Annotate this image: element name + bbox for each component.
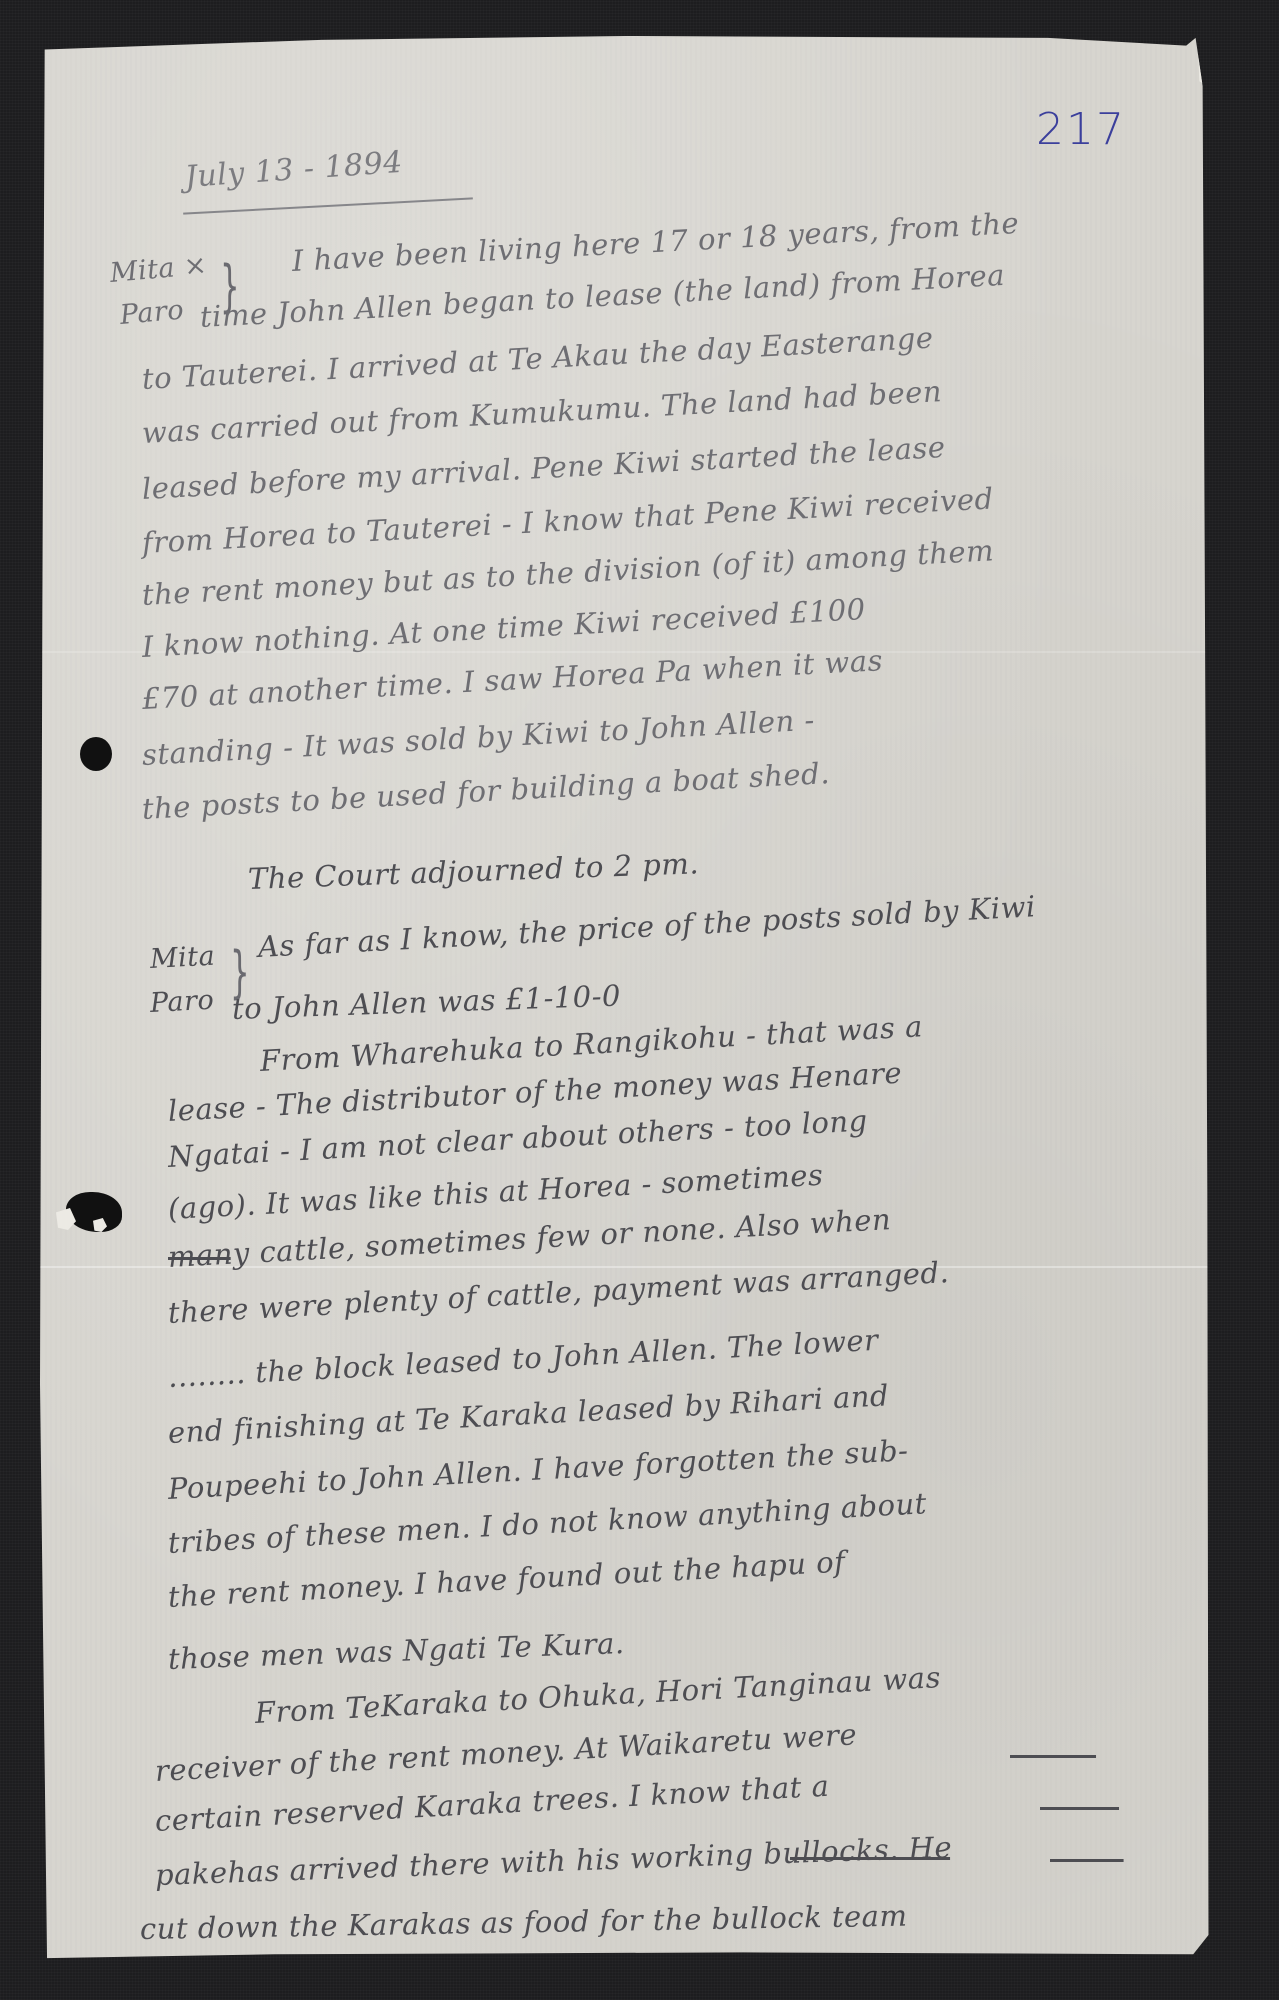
struck-word: They: [1050, 1842, 1124, 1876]
struck-word: employees: [790, 1840, 950, 1874]
witness-name-line2: Paro: [119, 294, 186, 330]
struck-word: was a: [1010, 1738, 1096, 1772]
torn-corner: [1198, 38, 1212, 86]
witness-name-line1: Mita: [149, 941, 216, 975]
witness-name-line2: Paro: [149, 985, 215, 1019]
punch-hole: [80, 737, 112, 771]
struck-word: may: [168, 1240, 231, 1274]
struck-word: some: [1040, 1790, 1119, 1824]
folio-number: 217: [1036, 104, 1126, 155]
